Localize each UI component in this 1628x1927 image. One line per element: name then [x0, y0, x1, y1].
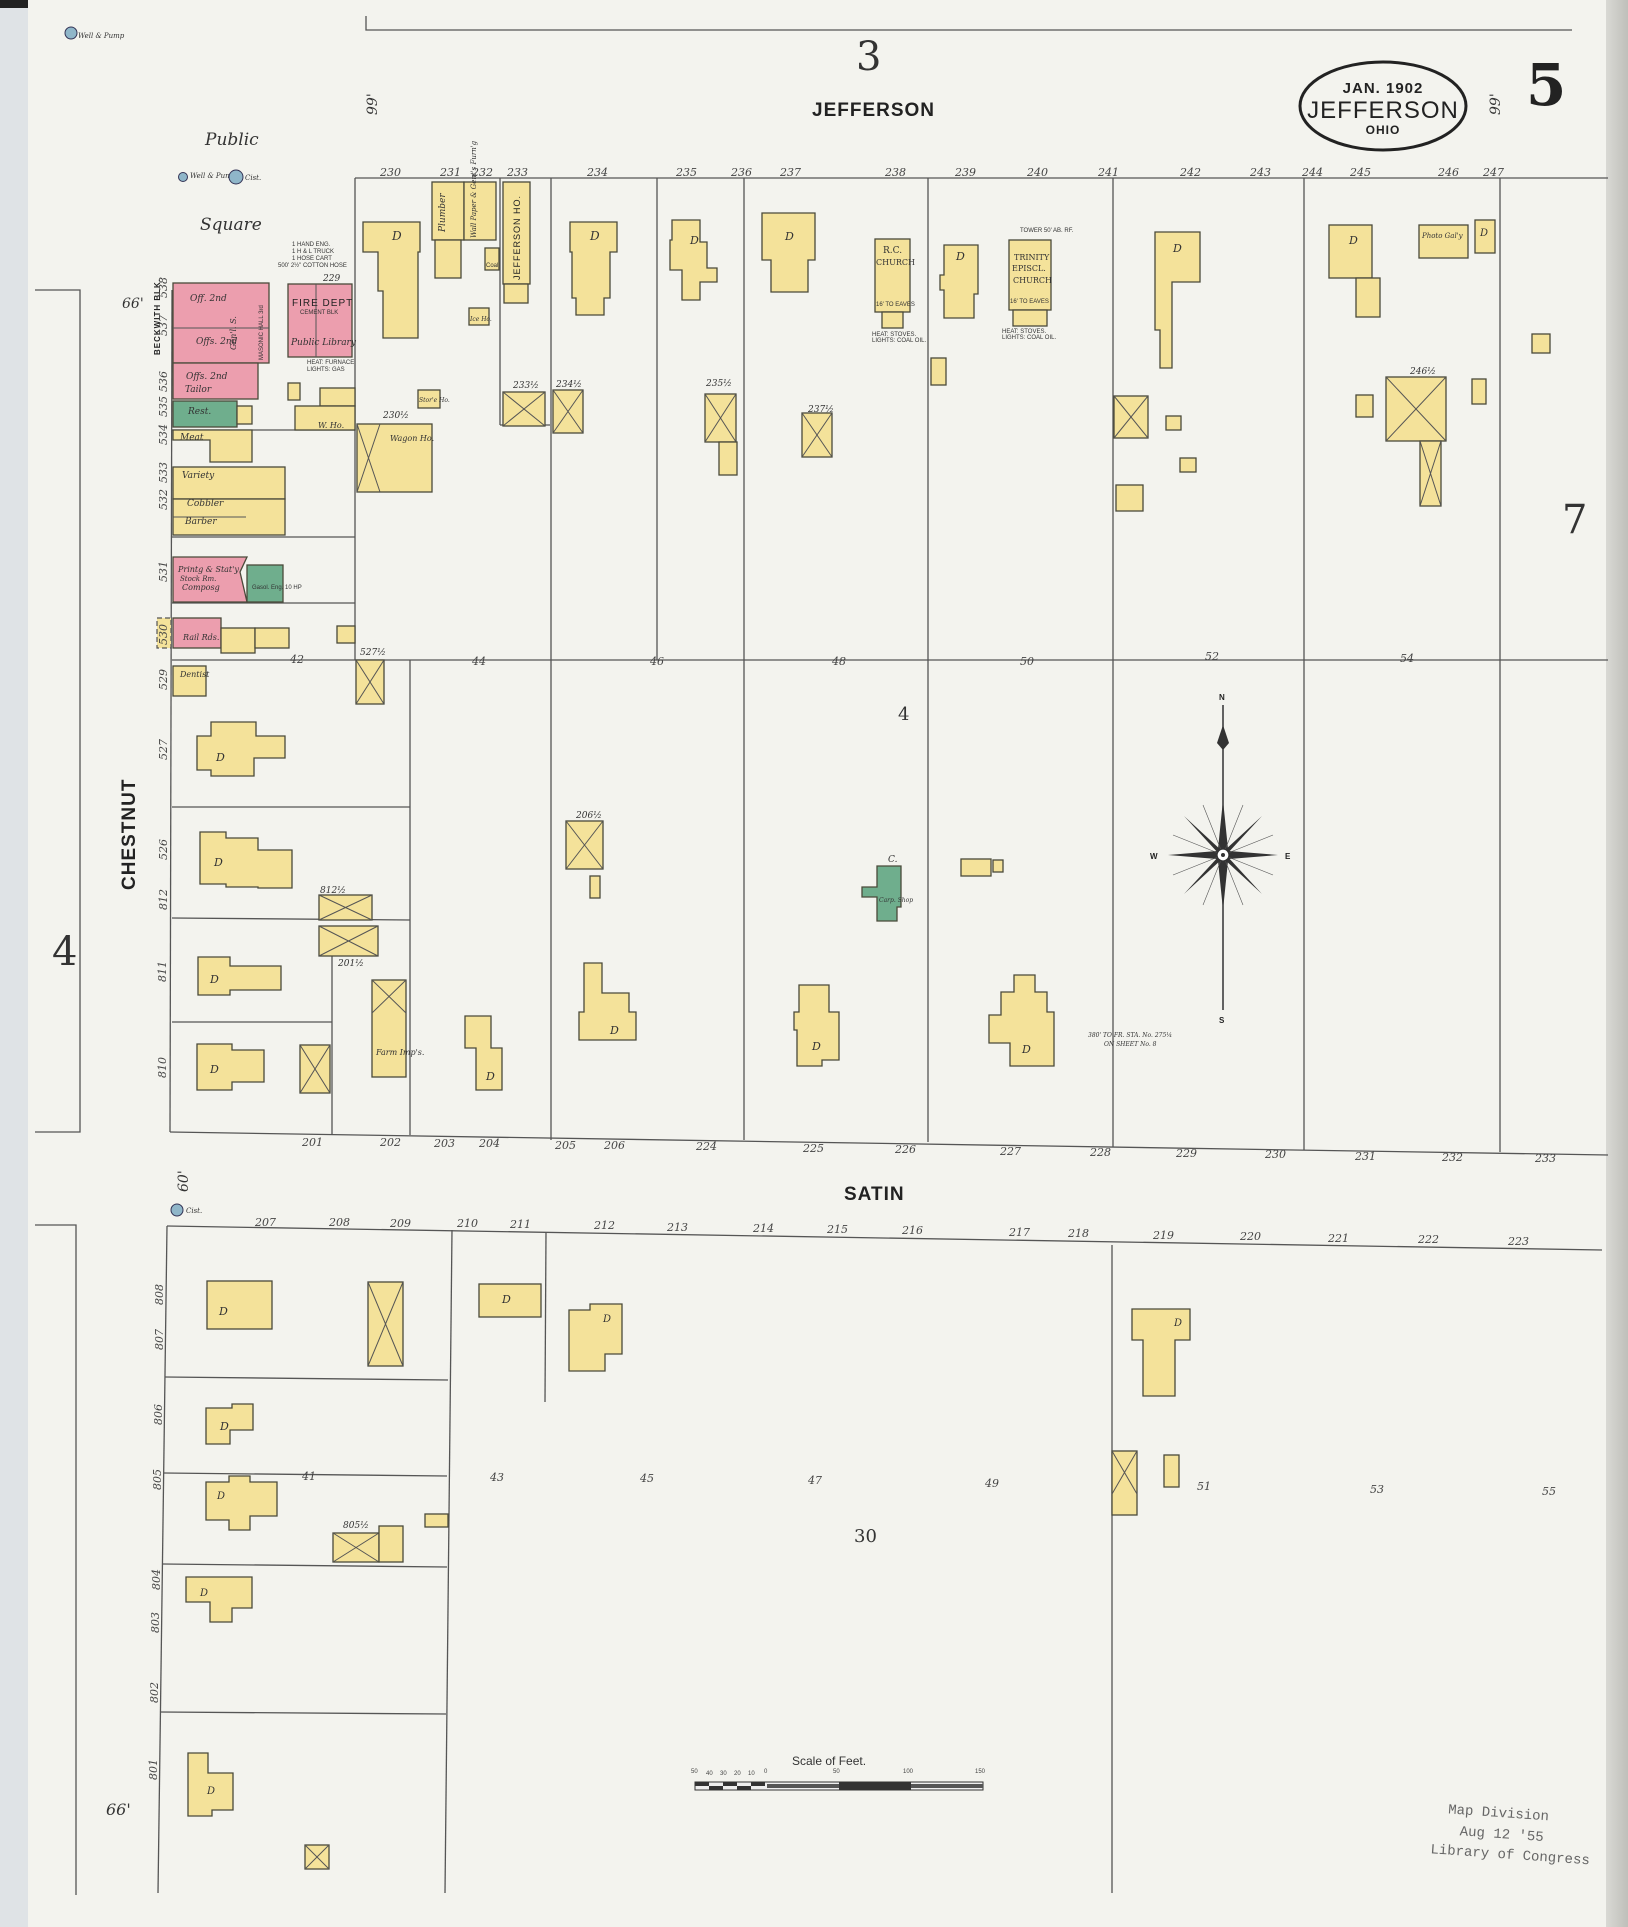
chestnut-dwellings-upper[interactable]: D D D D 812½ 201½ Farm Imp's.: [197, 722, 424, 1093]
printing-building[interactable]: Printg & Stat'y Stock Rm. Composg Gasol.…: [173, 557, 302, 602]
svg-text:245: 245: [1349, 166, 1371, 179]
fire-equipment-2: 1 H & L TRUCK: [292, 249, 334, 255]
svg-text:246: 246: [1437, 166, 1459, 179]
svg-text:46: 46: [649, 655, 664, 668]
lot-233h: 233½: [512, 380, 539, 391]
street-chestnut: CHESTNUT: [119, 779, 140, 890]
svg-text:205: 205: [554, 1139, 576, 1152]
lot-206h: 206½: [575, 810, 602, 821]
farm-implements-label: Farm Imp's.: [375, 1048, 424, 1057]
dentist-label: Dentist: [179, 670, 210, 679]
svg-text:531: 531: [157, 561, 170, 582]
jefferson-house-label: JEFFERSON HO.: [512, 195, 522, 280]
rc-eaves: 16' TO EAVES: [876, 302, 915, 308]
lot-239-dwelling[interactable]: D: [931, 245, 978, 385]
svg-text:526: 526: [157, 839, 170, 860]
svg-text:222: 222: [1417, 1233, 1439, 1246]
svg-text:214: 214: [752, 1222, 774, 1235]
meat-label: Meat: [179, 433, 204, 443]
svg-text:232: 232: [471, 166, 493, 179]
svg-text:40: 40: [706, 1771, 713, 1777]
svg-text:236: 236: [730, 166, 752, 179]
dwelling-label: D: [206, 1786, 215, 1797]
coal-label: Coal: [486, 263, 498, 269]
svg-text:225: 225: [802, 1142, 824, 1155]
dwelling-label: D: [199, 1588, 208, 1599]
width-satin: 60': [176, 1170, 192, 1192]
compass-rose: N S E W: [1150, 693, 1291, 1025]
svg-text:218: 218: [1067, 1227, 1089, 1240]
sheet3-adjoin-line: [366, 16, 1572, 30]
svg-text:241: 241: [1097, 166, 1119, 179]
lot-234-dwelling[interactable]: D 234½: [553, 222, 617, 433]
svg-text:806: 806: [152, 1404, 165, 1425]
street-jefferson: JEFFERSON: [812, 100, 935, 121]
svg-text:50: 50: [691, 1769, 698, 1775]
svg-text:228: 228: [1089, 1146, 1111, 1159]
svg-text:202: 202: [379, 1136, 401, 1149]
svg-text:30: 30: [720, 1771, 727, 1777]
cement-block-label: CEMENT BLK: [300, 310, 338, 316]
lot-805h: 805½: [343, 1520, 369, 1531]
svg-text:213: 213: [666, 1221, 688, 1234]
svg-text:54: 54: [1400, 652, 1414, 665]
dwelling-label: D: [1173, 1318, 1182, 1329]
chestnut-street-numbers: 538 537 536 535 534 533 532 531 530 529 …: [156, 277, 170, 1078]
svg-text:203: 203: [433, 1137, 455, 1150]
stock-room-label: Stock Rm.: [180, 575, 216, 583]
svg-text:48: 48: [831, 655, 846, 668]
svg-text:212: 212: [593, 1219, 615, 1232]
lot-234h: 234½: [555, 379, 582, 390]
lot-229: 229: [322, 274, 340, 284]
svg-text:810: 810: [156, 1057, 169, 1078]
svg-text:204: 204: [478, 1137, 500, 1150]
svg-text:230: 230: [1264, 1148, 1286, 1161]
dwelling-label: D: [1479, 228, 1488, 239]
fire-equipment-3: 1 HOSE CART: [292, 256, 332, 262]
well-pump-icon: [65, 27, 77, 39]
compass-n: N: [1219, 693, 1226, 702]
svg-text:210: 210: [456, 1217, 478, 1230]
svg-text:55: 55: [1542, 1485, 1556, 1498]
cistern-icon: [171, 1204, 183, 1216]
photo-gallery-label: Photo Gal'y: [1421, 232, 1464, 240]
svg-text:244: 244: [1301, 166, 1323, 179]
gasoline-engine-label: Gasol. Eng. 10 HP: [252, 585, 302, 591]
composing-label: Composg: [182, 583, 220, 592]
svg-text:242: 242: [1179, 166, 1201, 179]
svg-text:238: 238: [884, 166, 906, 179]
rc-church-label: CHURCH: [876, 258, 915, 267]
dwelling-label: D: [215, 751, 225, 764]
svg-text:233: 233: [506, 166, 528, 179]
trinity-label-2: EPISCL.: [1012, 264, 1046, 273]
svg-text:237: 237: [779, 166, 801, 179]
dwelling-label: D: [1021, 1043, 1031, 1056]
cartouche-state: OHIO: [1366, 123, 1401, 137]
rc-lights: LIGHTS: COAL OIL.: [872, 338, 926, 344]
cartouche-date: JAN. 1902: [1343, 80, 1424, 97]
dwelling-label: D: [955, 250, 965, 263]
svg-text:223: 223: [1507, 1235, 1529, 1248]
dwelling-label: D: [216, 1491, 225, 1502]
adjoin-sheet-left[interactable]: 4: [52, 929, 77, 975]
rc-church[interactable]: R.C. CHURCH 16' TO EAVES HEAT: STOVES. L…: [872, 239, 926, 344]
svg-text:533: 533: [157, 462, 170, 483]
cartouche-town: JEFFERSON: [1307, 97, 1459, 124]
dentist-building[interactable]: Dentist: [173, 666, 210, 696]
heat-note: HEAT: FURNACE: [307, 360, 354, 366]
svg-text:229: 229: [1175, 1147, 1197, 1160]
svg-text:206: 206: [603, 1139, 625, 1152]
public-square: Well & Pump Public Well & Pump Cist. Squ…: [65, 27, 262, 235]
width-jefferson-right: 99': [1488, 93, 1504, 115]
off-2nd-label: Off. 2nd: [190, 294, 227, 304]
svg-text:536: 536: [157, 371, 170, 392]
scale-of-feet: Scale of Feet. 50 40 30 20 10 0 50 100 1…: [691, 1754, 986, 1790]
lot-812h: 812½: [320, 885, 346, 896]
dwelling-label: D: [811, 1040, 821, 1053]
dwelling-label: D: [501, 1293, 511, 1306]
svg-text:216: 216: [901, 1224, 923, 1237]
dwelling-label: D: [689, 234, 699, 247]
dwelling-label: D: [219, 1420, 229, 1433]
svg-text:211: 211: [509, 1218, 531, 1231]
svg-text:231: 231: [1354, 1150, 1376, 1163]
svg-text:235: 235: [675, 166, 697, 179]
jefferson-house-hotel[interactable]: JEFFERSON HO. 233½: [503, 182, 545, 426]
block-number-upper: 4: [898, 704, 909, 725]
public-library-label: Public Library: [290, 338, 357, 348]
svg-text:10: 10: [748, 1771, 755, 1777]
fire-station-note-1: 380' TO FR. STA. No. 275¼: [1088, 1032, 1172, 1039]
svg-text:233: 233: [1534, 1152, 1556, 1165]
svg-text:804: 804: [150, 1569, 163, 1590]
plumber-label: Plumber: [438, 193, 448, 233]
svg-text:201: 201: [301, 1136, 323, 1149]
svg-text:51: 51: [1197, 1480, 1211, 1493]
svg-text:247: 247: [1482, 166, 1504, 179]
svg-text:44: 44: [471, 655, 486, 668]
fire-dept-label: FIRE DEPT: [292, 298, 353, 309]
adjoin-sheet-right[interactable]: 7: [1562, 497, 1587, 543]
svg-text:217: 217: [1008, 1226, 1030, 1239]
lot-527h: 527½: [360, 647, 386, 658]
rest-label: Rest.: [187, 407, 211, 417]
svg-text:535: 535: [157, 396, 170, 417]
rail-roads-label: Rail Rds.: [182, 633, 219, 642]
jefferson-lot-numbers: 230 231 232 233 234 235 236 237 238 239 …: [379, 166, 1504, 179]
dwelling-label: D: [209, 1063, 219, 1076]
stamp-line-2: Aug 12 '55: [1459, 1824, 1544, 1846]
svg-text:219: 219: [1152, 1229, 1174, 1242]
satin-south-lot-numbers: 207 208 209 210 211 212 213 214 215 216 …: [254, 1216, 1529, 1248]
cistern-icon: [229, 170, 243, 184]
svg-text:43: 43: [489, 1471, 504, 1484]
lights-note: LIGHTS: GAS: [307, 367, 345, 373]
lot-235h: 235½: [705, 378, 732, 389]
dwelling-label: D: [784, 230, 794, 243]
lower-block-buildings[interactable]: D D D D D 805½ D D D: [186, 1281, 1190, 1869]
trinity-episcopal-church[interactable]: TOWER 50' AB. RF. TRINITY EPISCL. CHURCH…: [1002, 228, 1074, 341]
masonic-hall-label: MASONIC HALL 3rd: [259, 305, 265, 360]
lot-230-dwelling[interactable]: D: [363, 222, 420, 338]
dwelling-label: D: [609, 1024, 619, 1037]
block-number-lower: 30: [854, 1526, 877, 1547]
svg-text:232: 232: [1441, 1151, 1463, 1164]
stamp-line-1: Map Division: [1448, 1802, 1550, 1825]
meat-variety-row[interactable]: Meat Variety Cobbler Barber: [173, 430, 285, 535]
fire-station-note-2: ON SHEET No. 8: [1104, 1041, 1157, 1048]
svg-text:243: 243: [1249, 166, 1271, 179]
svg-text:807: 807: [153, 1329, 166, 1350]
wagon-house-label: Wagon Ho.: [390, 434, 434, 443]
sanborn-map: 3 7 4 5 JAN. 1902 JEFFERSON OHIO JEFFERS…: [0, 0, 1628, 1927]
carpenter-shop-label: Carp. Shop: [879, 897, 913, 904]
svg-text:227: 227: [999, 1145, 1021, 1158]
fire-dept-building[interactable]: 1 HAND ENG. 1 H & L TRUCK 1 HOSE CART 50…: [278, 242, 357, 373]
rail-roads-building[interactable]: Rail Rds.: [157, 618, 289, 653]
svg-text:215: 215: [826, 1223, 848, 1236]
svg-text:532: 532: [157, 489, 170, 510]
lot-242-dwelling[interactable]: D: [1114, 232, 1200, 511]
svg-text:52: 52: [1205, 650, 1219, 663]
svg-text:226: 226: [894, 1143, 916, 1156]
svg-text:53: 53: [1370, 1483, 1384, 1496]
cobbler-label: Cobbler: [187, 499, 224, 509]
compass-e: E: [1285, 852, 1291, 861]
dwelling-label: D: [589, 229, 600, 243]
trinity-lights: LIGHTS: COAL OIL.: [1002, 335, 1056, 341]
lot-230h: 230½: [382, 410, 409, 421]
beckwith-block[interactable]: Off. 2nd Offs. 2nd Gen'l. S. MASONIC HAL…: [153, 278, 269, 399]
dwelling-label: D: [602, 1314, 611, 1325]
fleur-de-lis-icon: [1217, 725, 1229, 750]
lot-246h: 246½: [1409, 366, 1436, 377]
svg-text:208: 208: [328, 1216, 350, 1229]
lot-235-dwelling[interactable]: D 235½: [670, 220, 737, 475]
sheet4-lower-adjoin-line: [35, 1225, 76, 1895]
public-label: Public: [204, 130, 259, 150]
dwelling-label: D: [213, 856, 223, 869]
svg-text:0: 0: [764, 1769, 768, 1775]
compass-w: W: [1150, 852, 1159, 861]
svg-text:801: 801: [147, 1759, 160, 1780]
fire-equipment-1: 1 HAND ENG.: [292, 242, 331, 248]
dwelling-label: D: [391, 229, 402, 243]
svg-text:49: 49: [984, 1477, 999, 1490]
svg-text:45: 45: [639, 1472, 654, 1485]
tower-note: TOWER 50' AB. RF.: [1020, 228, 1074, 234]
dwelling-label: D: [209, 973, 219, 986]
square-label: Square: [200, 215, 262, 235]
fire-equipment-4: 500' 2½" COTTON HOSE: [278, 262, 347, 269]
stamp-line-3: Library of Congress: [1430, 1842, 1590, 1869]
title-cartouche: JAN. 1902 JEFFERSON OHIO: [1300, 62, 1466, 150]
carp-shop-c: C.: [888, 855, 898, 865]
svg-text:803: 803: [149, 1612, 162, 1633]
sheet-number: 5: [1526, 51, 1566, 119]
svg-text:224: 224: [695, 1140, 717, 1153]
svg-text:47: 47: [807, 1474, 822, 1487]
barber-label: Barber: [184, 517, 217, 527]
svg-text:41: 41: [301, 1470, 316, 1483]
svg-text:220: 220: [1239, 1230, 1261, 1243]
dwelling-label: D: [218, 1305, 228, 1318]
carpenter-shop[interactable]: C. Carp. Shop: [862, 855, 913, 921]
wagon-house[interactable]: 230½ Wagon Ho. Stor'e Ho.: [357, 390, 450, 492]
trinity-label-3: CHURCH: [1013, 276, 1052, 285]
svg-text:538: 538: [157, 277, 170, 298]
printing-label: Printg & Stat'y: [177, 565, 239, 574]
svg-text:42: 42: [289, 653, 304, 666]
street-satin: SATIN: [844, 1184, 905, 1205]
svg-text:50: 50: [833, 1769, 840, 1775]
svg-text:808: 808: [153, 1284, 166, 1305]
svg-text:812: 812: [157, 889, 170, 910]
svg-text:50: 50: [1020, 655, 1034, 668]
svg-text:20: 20: [734, 1771, 741, 1777]
restaurant-building[interactable]: Rest.: [173, 401, 252, 427]
wall-paper-label: Wall Paper & Gent's Furn'g: [470, 140, 478, 238]
compass-s: S: [1219, 1016, 1225, 1025]
tailor-label: Tailor: [185, 385, 212, 395]
cistern-label: Cist.: [245, 174, 261, 182]
svg-text:100: 100: [903, 1769, 914, 1775]
svg-text:231: 231: [439, 166, 461, 179]
lot-237-dwelling[interactable]: D 237½: [762, 213, 834, 457]
sheet4-adjoin-line: [35, 290, 80, 1132]
svg-text:537: 537: [157, 315, 170, 336]
width-jefferson: 99': [365, 93, 381, 115]
lot-245-dwelling[interactable]: D Photo Gal'y D 246½: [1329, 220, 1550, 506]
svg-text:230: 230: [379, 166, 401, 179]
width-chestnut-bottom: 66': [106, 1800, 131, 1819]
well-pump-label-1: Well & Pump: [78, 32, 125, 40]
dwelling-label: D: [1172, 242, 1182, 255]
svg-text:527: 527: [157, 739, 170, 760]
svg-text:150: 150: [975, 1769, 986, 1775]
cistern-satin-label: Cist.: [186, 1207, 202, 1215]
well-pump-icon: [179, 173, 188, 182]
dwelling-label: D: [485, 1070, 495, 1083]
dwelling-label: D: [1348, 234, 1358, 247]
svg-text:811: 811: [156, 961, 169, 982]
svg-text:221: 221: [1327, 1232, 1349, 1245]
svg-text:239: 239: [954, 166, 976, 179]
library-of-congress-stamp: Map Division Aug 12 '55 Library of Congr…: [1430, 1801, 1593, 1869]
scale-title: Scale of Feet.: [792, 1754, 866, 1768]
svg-text:805: 805: [151, 1469, 164, 1490]
trinity-eaves: 16' TO EAVES: [1010, 299, 1049, 305]
width-chestnut-top: 66': [122, 296, 144, 312]
svg-text:802: 802: [148, 1682, 161, 1703]
svg-text:534: 534: [157, 424, 170, 445]
lot-201h: 201½: [337, 958, 364, 969]
rc-label: R.C.: [883, 246, 902, 256]
svg-text:240: 240: [1026, 166, 1048, 179]
adjoin-sheet-top[interactable]: 3: [856, 34, 881, 80]
ice-house-label: Ice Ho.: [469, 316, 492, 323]
svg-text:529: 529: [157, 669, 170, 690]
offs-2nd-b-label: Offs. 2nd: [186, 372, 228, 382]
lower-upper-block-buildings[interactable]: 206½ D D D D: [465, 810, 1054, 1090]
variety-label: Variety: [182, 471, 215, 481]
svg-text:530: 530: [157, 624, 170, 645]
general-store-label: Gen'l. S.: [229, 316, 238, 350]
trinity-label-1: TRINITY: [1014, 253, 1050, 262]
warehouse-label: W. Ho.: [318, 421, 344, 430]
storage-house-label: Stor'e Ho.: [419, 397, 450, 404]
svg-text:234: 234: [586, 166, 608, 179]
svg-text:209: 209: [389, 1217, 411, 1230]
svg-text:207: 207: [254, 1216, 276, 1229]
